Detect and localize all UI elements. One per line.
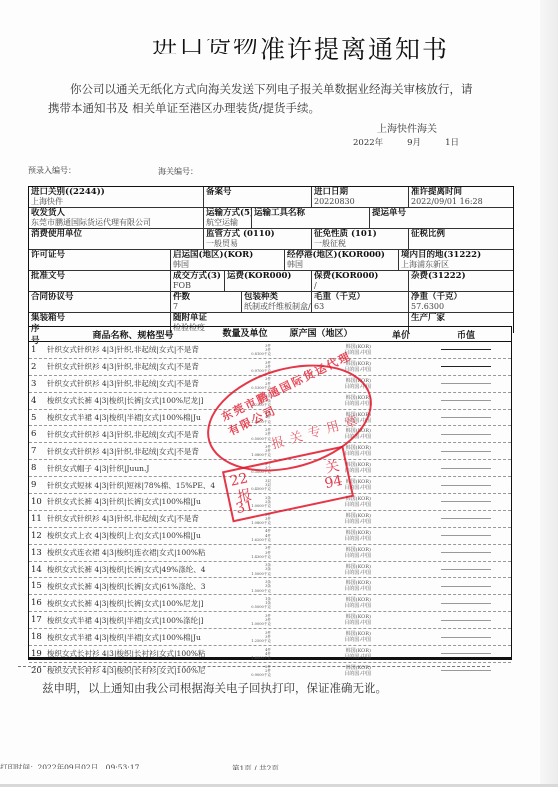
item-origin: 韩国(KOR)目的国:中国: [271, 564, 371, 576]
item-name: 梭织女式半裙 4|3|梭织|半裙|女式|100%棉|Ju: [47, 412, 219, 423]
item-name: 梭织女式长裤 4|3|梭织|长裤|女式|100%尼龙|]: [47, 598, 219, 609]
row-number: 4: [29, 396, 47, 406]
currency-dash: [441, 485, 491, 486]
item-origin: 韩国(KOR)目的国:中国: [271, 580, 371, 592]
table-row: 8针织女式帽子 4|3|针织|Juun.J3个3个0.3000千克韩国(KOR)…: [29, 460, 511, 477]
field-approval-no: 批准文号: [29, 271, 171, 291]
table-row: 9针织女式短袜 4|3|针织|短袜|78%棉、15%PE、43双3双0.4500…: [29, 477, 511, 494]
item-origin: 韩国(KOR)目的国:中国: [271, 547, 371, 559]
table-row: 18梭织女式半裙 4|3|梭织|半裙|女式|100%棉|Ju3件3件1.2500…: [29, 629, 511, 646]
item-currency: [431, 620, 501, 621]
field-insurance: 保费(KOR000)/: [312, 271, 409, 291]
document-title: 进口货物准许提离通知书: [152, 30, 449, 66]
currency-dash: [441, 569, 491, 570]
item-currency: [431, 535, 501, 536]
item-quantity: 4件4件1.5000千克: [219, 411, 271, 424]
field-consignee: 收发货人东莞市鹏通国际货运代理有限公司: [29, 208, 204, 228]
item-currency: [431, 518, 501, 519]
currency-dash: [441, 451, 491, 452]
currency-dash: [441, 468, 491, 469]
item-name: 梭织女式长裤 4|3|梭织|长裤|女式|61%涤纶、3: [47, 581, 219, 592]
item-quantity: 3件3件1.4300千克: [219, 546, 271, 559]
item-origin: 韩国(KOR)目的国:中国: [271, 513, 371, 525]
item-name: 针织女式帽子 4|3|针织|Juun.J: [47, 463, 219, 474]
field-record-no: 备案号: [204, 187, 312, 207]
item-name: 梭织女式连衣裙 4|3|梭织|连衣裙|女式|100%粘: [47, 547, 219, 558]
item-currency: [431, 501, 501, 502]
item-currency: [431, 569, 501, 570]
field-bill-no: 提运单号: [370, 208, 513, 228]
item-quantity: 3件3件1.0800千克: [219, 513, 271, 526]
item-currency: [431, 383, 501, 384]
table-row: 16梭织女式长裤 4|3|梭织|长裤|女式|100%尼龙|]1条1条0.5000…: [29, 595, 511, 612]
item-quantity: 3条3条1.2300千克: [219, 394, 271, 407]
intro-paragraph: 你公司以通关无纸化方式向海关发送下列电子报关单数据业经海关审核放行，请携带本通知…: [48, 80, 478, 118]
item-currency: [431, 586, 501, 587]
currency-dash: [441, 603, 491, 604]
item-currency: [431, 653, 501, 654]
title-main: 准许提离通知书: [260, 35, 449, 64]
currency-dash: [441, 417, 491, 418]
item-origin: 韩国(KOR)目的国:中国: [271, 597, 371, 609]
row-number: 6: [29, 429, 47, 439]
currency-dash: [441, 434, 491, 435]
pre-entry-label: 预录入编号：: [28, 165, 76, 176]
item-origin: 韩国(KOR)目的国:中国: [271, 530, 371, 542]
item-currency: [431, 637, 501, 638]
item-currency: [431, 603, 501, 604]
item-currency: [431, 349, 501, 350]
declaration-form: 进口关别((2244))上海快件 备案号 进口日期20220830 准许提离时间…: [28, 186, 514, 333]
title-faded: 进口货物: [152, 39, 260, 54]
item-quantity: 3条3条1.5000千克: [219, 563, 271, 576]
item-quantity: 2件2件0.5300千克: [219, 377, 271, 390]
item-name: 梭织女式半裙 4|3|梭织|半裙|女式|100%棉|Ju: [47, 632, 219, 643]
field-import-date: 进口日期20220830: [312, 187, 409, 207]
page-number: 第1页 / 共2页: [232, 763, 279, 770]
field-freight: 运费(KOR000): [225, 271, 312, 291]
currency-dash: [441, 366, 491, 367]
item-name: 梭织女式长衬衫 4|3|梭织|长衬衫|女式|100%尼: [47, 665, 219, 676]
currency-dash: [441, 535, 491, 536]
row-number: 13: [29, 548, 47, 558]
row-number: 10: [29, 497, 47, 507]
currency-dash: [441, 552, 491, 553]
goods-table: 序号 商品名称、规格型号 数量及单位 原产国（地区） 单价 币值 1针织女式针织…: [28, 326, 512, 660]
row-number: 19: [29, 649, 47, 659]
item-name: 梭织女式长裤 4|3|梭织|长裤|女式|49%涤纶、4: [47, 564, 219, 575]
currency-dash: [441, 653, 491, 654]
declaration-statement: 兹申明，以上通知由我公司根据海关电子回执打印，保证准确无讹。: [42, 680, 387, 696]
item-quantity: 3件3件1.2500千克: [219, 631, 271, 644]
goods-table-header: 序号 商品名称、规格型号 数量及单位 原产国（地区） 单价 币值: [29, 327, 511, 342]
currency-dash: [441, 586, 491, 587]
item-name: 针织女式针织衫 4|3|针织,非起绒|女式|不是背: [47, 513, 219, 524]
item-name: 梭织女式上衣 4|3|梭织|上衣|女式|100%棉|Ju: [47, 530, 219, 541]
field-tax-ratio: 征税比例: [409, 229, 513, 249]
item-currency: [431, 366, 501, 367]
field-destination: 境内目的地(31222)上海浦东新区: [399, 250, 513, 270]
row-number: 2: [29, 362, 47, 372]
field-gross-weight: 毛重（千克）63: [312, 292, 409, 312]
field-consumer: 消费使用单位: [29, 229, 204, 249]
row-number: 9: [29, 480, 47, 490]
field-transport-name: 运输工具名称: [252, 208, 370, 228]
item-origin: 韩国(KOR)目的国:中国: [271, 648, 371, 660]
row-number: 17: [29, 615, 47, 625]
row-number: 7: [29, 446, 47, 456]
table-row: 7针织女式针织衫 4|3|针织,非起绒|女式|不是背3件3件1.0800千克韩国…: [29, 443, 511, 460]
item-name: 针织女式针织衫 4|3|针织,非起绒|女式|不是背: [47, 361, 219, 372]
item-quantity: 3个3个0.3000千克: [219, 462, 271, 475]
item-currency: [431, 552, 501, 553]
table-row: 15梭织女式长裤 4|3|梭织|长裤|女式|61%涤纶、33条3条1.5000千…: [29, 578, 511, 595]
item-origin: 韩国(KOR)目的国:中国: [271, 361, 371, 373]
row-number: 8: [29, 463, 47, 473]
item-origin: 韩国(KOR)目的国:中国: [271, 462, 371, 474]
item-quantity: 1条1条0.5000千克: [219, 597, 271, 610]
field-license-no: 许可证号: [29, 250, 171, 270]
item-name: 梭织女式长衬衫 4|3|梭织|长衬衫|女式|100%粘: [47, 648, 219, 659]
table-row: 17梭织女式半裙 4|3|梭织|半裙|女式|100%涤纶|]3件3件1.0000…: [29, 612, 511, 629]
item-quantity: 3条3条1.5000千克: [219, 580, 271, 593]
item-name: 针织女式短袜 4|3|针织|短袜|78%棉、15%PE、4: [47, 480, 219, 491]
item-name: 梭织女式半裙 4|3|梭织|半裙|女式|100%涤纶|]: [47, 615, 219, 626]
item-currency: [431, 434, 501, 435]
item-origin: 韩国(KOR)目的国:中国: [271, 445, 371, 457]
currency-dash: [441, 670, 491, 671]
document-page: 进口货物准许提离通知书 你公司以通关无纸化方式向海关发送下列电子报关单数据业经海…: [0, 0, 558, 787]
divider-line: [18, 666, 490, 667]
row-number: 12: [29, 531, 47, 541]
field-pieces: 件数7: [171, 292, 242, 312]
table-row: 19梭织女式长衬衫 4|3|梭织|长衬衫|女式|100%粘4件4件1.6000千…: [29, 646, 511, 663]
row-number: 16: [29, 598, 47, 608]
row-number: 11: [29, 514, 47, 524]
field-net-weight: 净重（千克）57.6300: [409, 292, 513, 312]
item-name: 针织女式长裤 4|3|针织|长裤|女式|100%棉|Ju: [47, 496, 219, 507]
item-currency: [431, 451, 501, 452]
issuing-customs: 上海快件海关: [377, 120, 437, 135]
field-origin-country: 启运国(地区)(KOR)韩国: [171, 250, 285, 270]
table-row: 11针织女式针织衫 4|3|针织,非起绒|女式|不是背3件3件1.0800千克韩…: [29, 511, 511, 528]
field-transport-mode: 运输方式(5)航空运输: [204, 208, 252, 228]
row-number: 20: [29, 666, 47, 676]
item-quantity: 3件3件1.0000千克: [219, 614, 271, 627]
currency-dash: [441, 620, 491, 621]
item-currency: [431, 468, 501, 469]
currency-dash: [441, 518, 491, 519]
row-number: 5: [29, 413, 47, 423]
field-import-port: 进口关别((2244))上海快件: [29, 187, 204, 207]
field-contract-no: 合同协议号: [29, 292, 171, 312]
item-origin: 韩国(KOR)目的国:中国: [271, 479, 371, 491]
row-number: 18: [29, 632, 47, 642]
customs-no-label: 海关编号：: [158, 166, 198, 177]
item-name: 针织女式针织衫 4|3|针织,非起绒|女式|不是背: [47, 378, 219, 389]
goods-rows: 1针织女式针织衫 4|3|针织,非起绒|女式|不是背3件3件0.8100千克韩国…: [29, 342, 511, 679]
table-row: 14梭织女式长裤 4|3|梭织|长裤|女式|49%涤纶、43条3条1.5000千…: [29, 562, 511, 579]
field-misc-fee: 杂费(31222): [409, 271, 513, 291]
field-release-time: 准许提离时间2022/09/01 16:28: [409, 187, 513, 207]
item-quantity: 3双3双0.4500千克: [219, 479, 271, 492]
item-name: 梭织女式长裤 4|3|梭织|长裤|女式|100%尼龙|]: [47, 395, 219, 406]
item-origin: 韩国(KOR)目的国:中国: [271, 614, 371, 626]
row-number: 3: [29, 379, 47, 389]
field-levy-nature: 征免性质 (101)一般征税: [312, 229, 409, 249]
row-number: 14: [29, 565, 47, 575]
field-package-type: 包装种类纸制或纤维板制盒/箱: [242, 292, 312, 312]
item-quantity: 3件3件1.0800千克: [219, 445, 271, 458]
item-quantity: 2件2件0.5000千克: [219, 428, 271, 441]
item-currency: [431, 670, 501, 671]
item-name: 针织女式针织衫 4|3|针织,非起绒|女式|不是背: [47, 429, 219, 440]
row-number: 1: [29, 345, 47, 355]
field-deal-mode: 成交方式(3)FOB: [171, 271, 225, 291]
currency-dash: [441, 501, 491, 502]
item-currency: [431, 400, 501, 401]
print-time: 打印时间：2022年09月02日 09:53:17: [0, 762, 139, 769]
table-row: 2针织女式针织衫 4|3|针织,非起绒|女式|不是背3件3件0.9700千克韩国…: [29, 359, 511, 376]
table-row: 10针织女式长裤 4|3|针织|长裤|女式|100%棉|Ju2条2条1.0000…: [29, 494, 511, 511]
item-currency: [431, 485, 501, 486]
table-row: 3针织女式针织衫 4|3|针织,非起绒|女式|不是背2件2件0.5300千克韩国…: [29, 376, 511, 393]
item-origin: 韩国(KOR)目的国:中国: [271, 412, 371, 424]
item-origin: 韩国(KOR)目的国:中国: [271, 395, 371, 407]
table-row: 5梭织女式半裙 4|3|梭织|半裙|女式|100%棉|Ju4件4件1.5000千…: [29, 410, 511, 427]
item-quantity: 4件4件1.6000千克: [219, 648, 271, 661]
currency-dash: [441, 637, 491, 638]
row-number: 15: [29, 581, 47, 591]
issue-date: 2022年9月1日: [353, 136, 483, 148]
item-quantity: 3件3件0.8100千克: [219, 344, 271, 357]
table-row: 12梭织女式上衣 4|3|梭织|上衣|女式|100%棉|Ju4件4件1.6200…: [29, 528, 511, 545]
item-origin: 韩国(KOR)目的国:中国: [271, 378, 371, 390]
currency-dash: [441, 400, 491, 401]
item-quantity: 2条2条1.0000千克: [219, 496, 271, 509]
item-currency: [431, 417, 501, 418]
table-row: 13梭织女式连衣裙 4|3|梭织|连衣裙|女式|100%粘3件3件1.4300千…: [29, 545, 511, 562]
item-name: 针织女式针织衫 4|3|针织,非起绒|女式|不是背: [47, 446, 219, 457]
currency-dash: [441, 349, 491, 350]
item-origin: 韩国(KOR)目的国:中国: [271, 428, 371, 440]
table-row: 6针织女式针织衫 4|3|针织,非起绒|女式|不是背2件2件0.5000千克韩国…: [29, 426, 511, 443]
field-supervision: 监管方式 (0110)一般贸易: [204, 229, 312, 249]
table-row: 1针织女式针织衫 4|3|针织,非起绒|女式|不是背3件3件0.8100千克韩国…: [29, 342, 511, 359]
table-row: 4梭织女式长裤 4|3|梭织|长裤|女式|100%尼龙|]3条3条1.2300千…: [29, 393, 511, 410]
item-name: 针织女式针织衫 4|3|针织,非起绒|女式|不是背: [47, 344, 219, 355]
item-origin: 韩国(KOR)目的国:中国: [271, 496, 371, 508]
item-origin: 韩国(KOR)目的国:中国: [271, 631, 371, 643]
item-origin: 韩国(KOR)目的国:中国: [271, 344, 371, 356]
item-quantity: 3件3件0.9700千克: [219, 361, 271, 374]
field-transit-port: 经停港(地区)(KOR000)韩国: [285, 250, 399, 270]
scan-edge: [540, 0, 558, 787]
currency-dash: [441, 383, 491, 384]
item-quantity: 4件4件1.6200千克: [219, 529, 271, 542]
